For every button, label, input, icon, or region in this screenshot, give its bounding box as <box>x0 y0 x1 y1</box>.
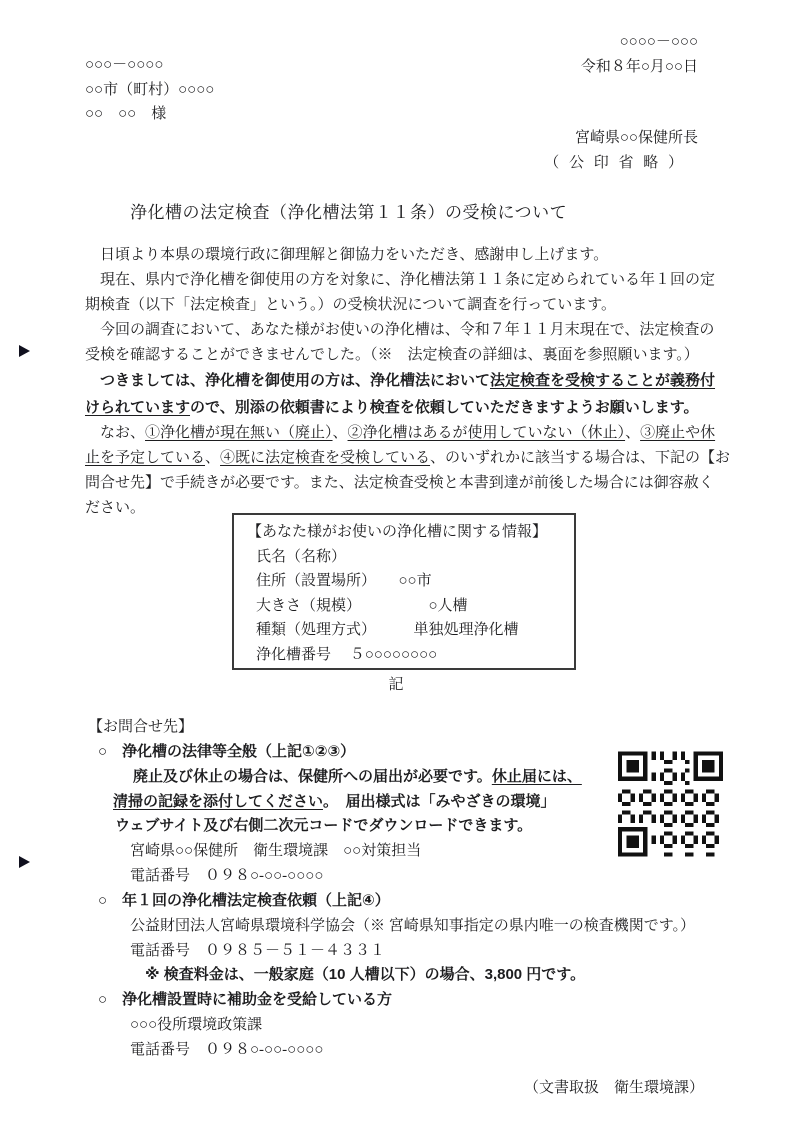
sender-title: 宮崎県○○保健所長 <box>544 126 698 151</box>
text-line: 電話番号 ０９８○-○○-○○○○ <box>130 864 738 889</box>
header-right-block: ○○○○－○○○ 令和８年○月○○日 <box>581 30 698 80</box>
text-line: 【お問合せ先】 <box>88 715 738 740</box>
document-title: 浄化槽の法定検査（浄化槽法第１１条）の受検について <box>130 198 567 223</box>
septic-tank-info-box: 【あなた様がお使いの浄化槽に関する情報】 氏名（名称）住所（設置場所） ○○市大… <box>232 513 576 670</box>
document-page: ○○○○－○○○ 令和８年○月○○日 ○○○－○○○○ ○○市（町村）○○○○ … <box>0 0 794 1123</box>
info-box-title: 【あなた様がお使いの浄化槽に関する情報】 <box>234 520 574 545</box>
recipient-address: ○○市（町村）○○○○ <box>85 78 214 103</box>
text-line: なお、①浄化槽が現在無い（廃止）、②浄化槽はあるが使用していない（休止）、③廃止… <box>85 421 719 446</box>
text-line: 受検を確認することができませんでした。（※ 法定検査の詳細は、裏面を参照願います… <box>85 343 719 368</box>
text-line: つきましては、浄化槽を御使用の方は、浄化槽法において法定検査を受検することが義務… <box>85 368 719 394</box>
text-line: 期検査（以下「法定検査」という。）の受検状況について調査を行っています。 <box>85 293 719 318</box>
text-line: 種類（処理方式） 単独処理浄化槽 <box>234 618 574 643</box>
seal-omitted-note: （ 公 印 省 略 ） <box>544 151 698 176</box>
text-line: ○ 浄化槽設置時に補助金を受給している方 <box>98 988 738 1013</box>
text-line: 今回の調査において、あなた様がお使いの浄化槽は、令和７年１１月末現在で、法定検査… <box>85 318 719 343</box>
sender-block: 宮崎県○○保健所長 （ 公 印 省 略 ） <box>544 126 698 175</box>
ki-marker: 記 <box>0 673 794 694</box>
text-line: 浄化槽番号 ５○○○○○○○○ <box>234 643 574 668</box>
text-line: ○ 年１回の浄化槽法定検査依頼（上記④） <box>98 889 738 914</box>
footer-note: （文書取扱 衛生環境課） <box>524 1076 704 1097</box>
info-box-rows: 氏名（名称）住所（設置場所） ○○市大きさ（規模） ○人槽種類（処理方式） 単独… <box>234 545 574 668</box>
issue-date: 令和８年○月○○日 <box>581 55 698 80</box>
text-line: 公益財団法人宮崎県環境科学協会（※ 宮崎県知事指定の県内唯一の検査機関です。） <box>130 914 738 939</box>
document-number: ○○○○－○○○ <box>581 30 698 55</box>
text-line: 電話番号 ０９８５－５１－４３３１ <box>130 939 738 964</box>
body-text: 日頃より本県の環境行政に御理解と御協力をいただき、感謝申し上げます。 現在、県内… <box>85 243 719 521</box>
annotation-arrow-icon <box>19 345 30 357</box>
text-line: 住所（設置場所） ○○市 <box>234 569 574 594</box>
text-line: 問合せ先】で手続きが必要です。また、法定検査受検と本書到達が前後した場合には御容… <box>85 471 719 496</box>
recipient-block: ○○○－○○○○ ○○市（町村）○○○○ ○○ ○○ 様 <box>85 53 214 127</box>
text-line: ○○○役所環境政策課 <box>130 1013 738 1038</box>
text-line: けられていますので、別添の依頼書により検査を依頼していただきますようお願いします… <box>85 395 719 421</box>
text-line: 止を予定している、④既に法定検査を受検している、のいずれかに該当する場合は、下記… <box>85 446 719 471</box>
text-line: 電話番号 ０９８○-○○-○○○○ <box>130 1038 738 1063</box>
text-line: 日頃より本県の環境行政に御理解と御協力をいただき、感謝申し上げます。 <box>85 243 719 268</box>
text-line: 大きさ（規模） ○人槽 <box>234 594 574 619</box>
qr-code <box>618 748 723 860</box>
text-line: 現在、県内で浄化槽を御使用の方を対象に、浄化槽法第１１条に定められている年１回の… <box>85 268 719 293</box>
recipient-postal-code: ○○○－○○○○ <box>85 53 214 78</box>
text-line: ※ 検査料金は、一般家庭（10 人槽以下）の場合、3,800 円です。 <box>145 963 738 988</box>
text-line: 氏名（名称） <box>234 545 574 570</box>
annotation-arrow-icon <box>19 856 30 868</box>
recipient-name: ○○ ○○ 様 <box>85 102 214 127</box>
